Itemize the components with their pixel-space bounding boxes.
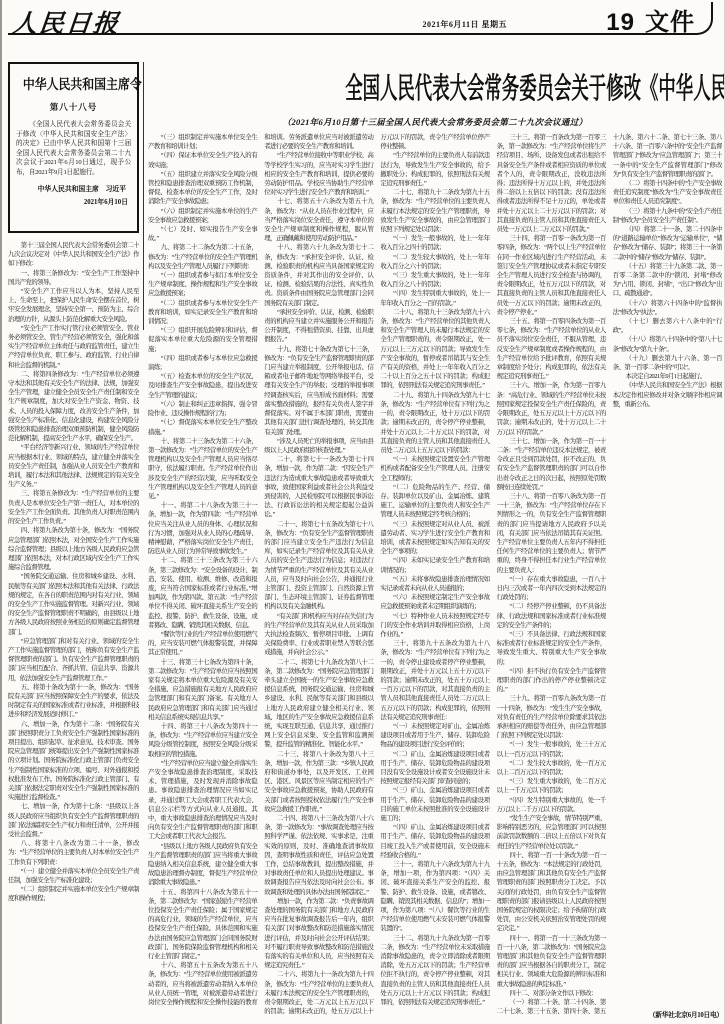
body-paragraph: “承担安全评价、认证、检测、检验职责的机构应当建立并实施服务公开和报告公开制度，… xyxy=(264,308,373,345)
body-paragraph: “（七）及时、如实报告生产安全事故。” xyxy=(148,225,257,243)
body-paragraph: 九、将第二十二条改为第二十五条，修改为：“生产经营单位的安全生产管理机构以及安全… xyxy=(148,243,257,271)
body-paragraph: “（四）发生特别重大事故的，处一千万元以上二千万元以下的罚款。 xyxy=(497,796,606,814)
body-paragraph: “（三）发生重大事故的，处二百万元以上一千万元以下的罚款； xyxy=(497,777,606,795)
body-paragraph: 七、增加一条，作为第十七条：“县级以上各级人民政府应当组织负有安全生产监督管理职… xyxy=(8,802,139,839)
body-paragraph: “生产经营单位的主要负责人有前款违法行为，导致发生生产安全事故的，给予撤职处分；… xyxy=(380,151,489,188)
body-paragraph: 二、将第四条修改为：“生产经营单位必须遵守本法和其他有关安全生产的法律、法规，加… xyxy=(8,370,139,444)
section-name: 文件 xyxy=(645,9,695,36)
body-paragraph: “（五）未将事故隐患排查治理情况如实记录或者未向从业人员通报的； xyxy=(380,575,489,593)
article-headline-block: 全国人民代表大会常务委员会关于修改《中华人民共和国安全生产法》的决定 （2021… xyxy=(148,62,722,128)
body-paragraph: 三、将第五条修改为：“生产经营单位的主要负责人是本单位安全生产第一责任人，对本单… xyxy=(8,489,139,526)
body-paragraph: “（四）组织或者参与本单位应急救援演练； xyxy=(148,354,257,372)
body-paragraph: “涉及人员死亡的举报事项，应当由县级以上人民政府组织核查处理。” xyxy=(264,437,373,455)
body-paragraph: 四十一、将第一百一十三条改为第一百一十八条，第二款修改为：“国务院应急管理部门和… xyxy=(497,934,606,989)
body-paragraph: （十九）删去第九十六条、第一百条、第一百零二条中的“可以”。 xyxy=(613,354,722,372)
order-signer: 中华人民共和国主席 习近平 xyxy=(16,183,131,193)
body-paragraph: “（三）不具备法律、行政法规和国家标准或者行业标准规定的安全生产条件，导致发生重… xyxy=(497,630,606,667)
body-paragraph: “（二）经停产停业整顿，仍不具备法律、行政法规和国家标准或者行业标准规定的安全生… xyxy=(497,602,606,630)
body-paragraph: “生产经营单位接收中等职业学校、高等学校学生实习的，应当对实习学生进行相应的安全… xyxy=(264,151,373,197)
body-paragraph: 二十、将第七十一条改为第七十四条，增加一款，作为第二款：“因安全生产违法行为造成… xyxy=(264,455,373,519)
body-paragraph: “（四）发生特别重大事故的，处上一年年收入百分之一百的罚款。” xyxy=(380,289,489,307)
body-paragraph: “（二）组织制定并实施本单位安全生产规章制度和操作规程； xyxy=(8,885,139,903)
body-paragraph: （十六）将第六十四条中的“监督执法”修改为“执法”。 xyxy=(613,299,722,317)
body-paragraph: 二十七、将第九十二条改为第九十五条，修改为：“生产经营单位的主要负责人未履行本法… xyxy=(380,188,489,234)
body-paragraph: 四、将第九条改为第十条，修改为：“国务院应急管理部门依照本法，对全国安全生产工作… xyxy=(8,526,139,572)
body-paragraph: “（三）矿山、金属冶炼建设项目或者用于生产、储存、装卸危险物品的建设项目的施工单… xyxy=(380,786,489,823)
body-paragraph: 十二、将第三十三条改为第三十六条，第三款修改为：“安全设备的设计、制造、安装、使… xyxy=(148,556,257,630)
body-paragraph: “（三）组织制定并实施本单位安全生产教育和培训计划； xyxy=(148,133,257,151)
body-paragraph: （三）将第十九条中的“安全生产责任制”修改为“全员安全生产责任制”。 xyxy=(613,207,722,225)
body-paragraph: 二十三、将第八十条改为第八十三条，增加一款，作为第三款：“乡镇人民政府和街道办事… xyxy=(264,750,373,814)
article-subtitle: （2021年6月10日第十三届全国人民代表大会常务委员会第二十九次会议通过） xyxy=(148,116,722,128)
body-paragraph: “（二）矿山、金属冶炼建设项目或者用于生产、储存、装卸危险物品的建设项目没有安全… xyxy=(380,750,489,787)
order-date: 2021年6月10日 xyxy=(16,196,131,206)
page-number: 19 xyxy=(606,9,635,36)
body-paragraph: “有关部门和机构应当对存在失信行为的生产经营单位及其有关从业人员采取加大执法检查… xyxy=(264,612,373,658)
body-paragraph: “（四）拒不执行负有安全生产监督管理职责的部门作出的停产停业整顿决定的。” xyxy=(497,667,606,695)
body-paragraph: （二）将第十四条中的“生产安全事故责任追究制度”修改为“生产安全事故责任单位和责… xyxy=(613,179,722,207)
page-number-section: 19文件 xyxy=(606,2,695,37)
body-paragraph: 三十九、将第一百零九条改为第一百一十四条，修改为：“发生生产安全事故，对负有责任… xyxy=(497,694,606,740)
body-paragraph: 十四、将第三十八条改为第四十一条，修改为：“生产经营单位应当建立安全风险分级管控… xyxy=(148,722,257,759)
body-paragraph: “发生生产安全事故，情节特别严重、影响特别恶劣的，应急管理部门可以按照前款罚款数… xyxy=(497,814,606,851)
page-header: 人民日报 2021年6月11日 星期五 19文件 xyxy=(0,0,725,40)
body-paragraph: “生产经营单位应当建立健全并落实生产安全事故隐患排查治理制度，采取技术、管理措施… xyxy=(148,759,257,842)
publication-date: 2021年6月11日 星期五 xyxy=(422,19,507,30)
body-paragraph: 《中华人民共和国安全生产法》根据本决定作相应修改并对条文顺序作相应调整，重新公布… xyxy=(613,381,722,409)
body-paragraph: 三十七、增加一条，作为第一百一十二条：“生产经营单位违反本法规定，被责令改正且受… xyxy=(497,437,606,492)
body-paragraph: 三十三、将第一百条改为第一百零三条，第一款修改为：“生产经营单位将生产经营项目、… xyxy=(497,133,606,234)
body-column-first: 第十三届全国人民代表大会常务委员会第二十九次会议决定对《中华人民共和国安全生产法… xyxy=(8,241,139,1017)
body-paragraph: 三十四、将第一百零一条改为第一百零四条，修改为：“两个以上生产经营单位在同一作业… xyxy=(497,234,606,317)
body-paragraph: “（三）未按照规定对从业人员、被派遣劳动者、实习学生进行安全生产教育和培训，或者… xyxy=(380,520,489,557)
body-paragraph: 第十三届全国人民代表大会常务委员会第二十九次会议决定对《中华人民共和国安全生产法… xyxy=(8,241,139,269)
body-paragraph: 十九、将第七十条改为第七十三条，修改为：“负有安全生产监督管理职责的部门应当建立… xyxy=(264,345,373,437)
body-paragraph: “（四）保证本单位安全生产投入的有效实施； xyxy=(148,151,257,169)
body-paragraph: 二十九、将第九十四条改为第九十七条，修改为：“生产经营单位有下列行为之一的，责令… xyxy=(380,391,489,455)
body-paragraph: “（一）发生一般事故的，处三十万元以上一百万元以下的罚款； xyxy=(497,740,606,758)
body-paragraph: “（四）未如实记录安全生产教育和培训情况的； xyxy=(380,556,489,574)
body-paragraph: “（一）建立健全并落实本单位全员安全生产责任制，加强安全生产标准化建设； xyxy=(8,867,139,885)
body-paragraph: “安全生产工作实行管行业必须管安全、管业务必须管安全、管生产经营必须管安全，强化… xyxy=(8,324,139,370)
body-paragraph: 十、将第二十三条改为第二十六条，第一款修改为：“生产经营单位的安全生产管理机构以… xyxy=(148,437,257,501)
body-columns-main: “（三）组织制定并实施本单位安全生产教育和培训计划；“（四）保证本单位安全生产投… xyxy=(148,133,722,1017)
body-paragraph: “（七）督促落实本单位安全生产整改措施。” xyxy=(148,418,257,436)
article-headline: 全国人民代表大会常务委员会关于修改《中华人民共和国安全生产法》的决定 xyxy=(345,66,725,107)
body-paragraph: 五、将第十条改为第十一条，修改为：“国务院有关部门应当按照保障安全生产的要求，依… xyxy=(8,683,139,720)
body-paragraph: “（四）矿山、金属冶炼建设项目或者用于生产、储存、装卸危险物品的建设项目竣工投入… xyxy=(380,823,489,860)
order-number: 第八十八号 xyxy=(16,101,131,113)
body-paragraph: “（六）制止和纠正违章指挥、强令冒险作业、违反操作规程的行为； xyxy=(148,400,257,418)
body-paragraph: 三十二、将第九十九条改为第一百零二条，修改为：“生产经营单位未采取措施消除事故隐… xyxy=(380,934,489,1008)
body-paragraph: 十五、将第四十八条改为第五十一条，第二款修改为：“国家鼓励生产经营单位投保安全生… xyxy=(148,888,257,962)
body-paragraph: “（一）未按照规定对矿山、金属冶炼建设项目或者用于生产、储存、装卸危险物品的建设… xyxy=(380,722,489,750)
body-paragraph: （十八）将第八十四条中的“第八十七条”修改为“第九十条”。 xyxy=(613,335,722,353)
body-paragraph: “（六）未按照规定制定生产安全事故应急救援预案或者未定期组织演练的； xyxy=(380,593,489,611)
body-paragraph: 八、将第十八条改为第二十一条，修改为：“生产经营单位的主要负责人对本单位安全生产… xyxy=(8,839,139,867)
body-paragraph: “县级以上地方各级人民政府负有安全生产监督管理职责的部门应当将重大事故隐患纳入相… xyxy=(148,842,257,888)
body-paragraph: “平台经济等新兴行业、领域的生产经营单位应当根据本行业、领域的特点，建立健全并落… xyxy=(8,443,139,489)
body-paragraph: 十三、将第三十七条改为第四十条，第二款修改为：“生产经营单位应当按照国家有关规定… xyxy=(148,658,257,722)
body-paragraph: 本决定自2021年9月1日起施行。 xyxy=(613,372,722,381)
vertical-divider xyxy=(143,62,144,330)
body-paragraph: “应急管理部门和对有关行业、领域的安全生产工作实施监督管理的部门，统称负有安全生… xyxy=(8,637,139,683)
body-paragraph: “（五）组织建立并落实安全风险分级管控和隐患排查治理双重预防工作机制，督促、检查… xyxy=(148,170,257,207)
body-paragraph: 六、增加一条，作为第十二条：“国务院有关部门按照职责分工负责安全生产强制性国家标… xyxy=(8,720,139,803)
body-paragraph: “餐饮等行业的生产经营单位使用燃气的，应当安装可燃气体报警装置，并保障其正常使用… xyxy=(148,630,257,658)
body-paragraph: 十八、将第六十九条改为第七十二条，修改为：“承担安全评价、认证、检测、检验职责的… xyxy=(264,243,373,307)
body-paragraph: 二十八、将第九十三条改为第九十六条，修改为：“生产经营单位的其他负责人和安全生产… xyxy=(380,308,489,391)
order-title: 中华人民共和国主席令 xyxy=(23,73,124,93)
body-paragraph: 四十二、对部分条文作以下修改： xyxy=(497,989,606,998)
body-paragraph: （四）将第二十一条、第二十四条中的“道路运输单位”修改为“运输单位”，“储存”修… xyxy=(613,225,722,262)
body-paragraph: “（二）危险物品的生产、经营、储存、装卸单位以及矿山、金属冶炼、建筑施工、运输单… xyxy=(380,483,489,520)
body-paragraph: 三十六、增加一条，作为第一百零九条：“高危行业、领域的生产经营单位未按照国家规定… xyxy=(497,381,606,436)
body-paragraph: “（三）发生重大事故的，处上一年年收入百分之八十的罚款； xyxy=(380,271,489,289)
body-paragraph: 二十二、将第七十九条改为第八十二条，第二款修改为：“国务院应急管理部门牵头建立全… xyxy=(264,658,373,750)
body-paragraph: 二十一、将第七十五条改为第七十八条，修改为：“负有安全生产监督管理职责的部门应当… xyxy=(264,520,373,612)
body-paragraph: “（二）组织或者参与本单位安全生产教育和培训，如实记录安全生产教育和培训情况； xyxy=(148,299,257,327)
body-paragraph: “（一）未按照规定设置安全生产管理机构或者配备安全生产管理人员、注册安全工程师的… xyxy=(380,455,489,483)
body-paragraph: 二十四、将第八十三条改为第八十六条，第一款修改为：“事故调查处理应当按照科学严谨… xyxy=(264,814,373,897)
body-paragraph: 三十五、将第一百零四条改为第一百零七条，修改为：“生产经营单位的从业人员不落实岗… xyxy=(497,317,606,381)
body-paragraph: “（一）存在重大事故隐患，一百八十日内三次或者一年内四次受到本法规定的行政处罚的… xyxy=(497,575,606,603)
body-paragraph: “（二）发生较大事故的，处上一年年收入百分之六十的罚款； xyxy=(380,253,489,271)
body-paragraph: “安全生产工作应当以人为本，坚持人民至上、生命至上，把保护人民生命安全摆在首位，… xyxy=(8,287,139,324)
body-paragraph: 三十八、将第一百零八条改为第一百一十三条，修改为：“生产经营单位存在下列情形之一… xyxy=(497,492,606,575)
news-attribution: （新华社北京6月10日电） xyxy=(643,1009,723,1019)
body-paragraph: 增加一款，作为第二款：“负责事故调查处理的国务院有关部门和地方人民政府应当在批复… xyxy=(264,897,373,971)
body-paragraph: “（七）特种作业人员未按照规定经专门的安全作业培训并取得相应资格，上岗作业的。” xyxy=(380,612,489,640)
body-paragraph: 十七、将第五十六条改为第五十九条，修改为：“从业人员在作业过程中，应当严格落实岗… xyxy=(264,197,373,243)
body-paragraph: “（一）组织或者参与拟订本单位安全生产规章制度、操作规程和生产安全事故应急救援预… xyxy=(148,271,257,299)
body-paragraph: 四十、将第一百一十条改为第一百一十五条，修改为：“本法规定的行政处罚，由应急管理… xyxy=(497,851,606,934)
body-paragraph: “（五）检查本单位的安全生产状况，及时排查生产安全事故隐患，提出改进安全生产管理… xyxy=(148,372,257,400)
body-paragraph: “（一）发生一般事故的，处上一年年收入百分之四十的罚款； xyxy=(380,234,489,252)
body-paragraph: 一、将第三条修改为：“安全生产工作坚持中国共产党的领导。 xyxy=(8,269,139,287)
presidential-order-box: 中华人民共和国主席令 第八十八号 《全国人民代表大会常务委员会关于修改〈中华人民… xyxy=(8,62,139,233)
body-paragraph: “（二）发生较大事故的，处一百万元以上二百万元以下的罚款； xyxy=(497,759,606,777)
body-paragraph: “国务院交通运输、住房和城乡建设、水利、民航等有关部门依照本法和其他有关法律、行… xyxy=(8,572,139,636)
body-paragraph: 三十一、将第九十六条改为第九十九条，增加一项，作为第四项：“（四）关闭、破坏直接… xyxy=(380,860,489,934)
body-paragraph: 十一、将第二十八条改为第三十一条，增加一款，作为第四款：“生产经营单位应当关注从… xyxy=(148,501,257,556)
body-paragraph: “（三）组织开展危险辨识和评估，督促落实本单位重大危险源的安全管理措施； xyxy=(148,326,257,354)
body-paragraph: （十七）删去第六十八条中的“行政”。 xyxy=(613,317,722,335)
order-body-text: 《全国人民代表大会常务委员会关于修改〈中华人民共和国安全生产法〉的决定》已由中华… xyxy=(16,120,131,178)
body-paragraph: 三十、将第九十五条改为第九十八条，修改为：“生产经营单位有下列行为之一的，责令停… xyxy=(380,639,489,722)
newspaper-page: 人民日报 2021年6月11日 星期五 19文件 中华人民共和国主席令 第八十八… xyxy=(0,0,725,1024)
body-paragraph: （十五）将第三十九条第二款、第一百零二条第二款中的“锁闭、封堵”修改为“占用、锁… xyxy=(613,262,722,299)
body-paragraph: “（六）组织制定并实施本单位的生产安全事故应急救援预案； xyxy=(148,207,257,225)
